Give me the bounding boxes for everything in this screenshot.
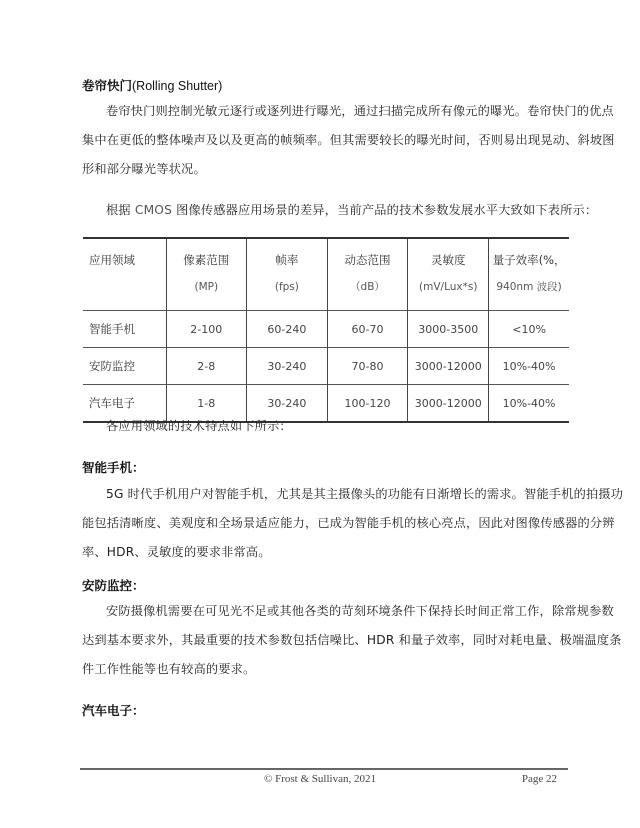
table-header-row: 应用领域 像素范围(MP) 帧率(fps) 动态范围（dB） 灵敏度(mV/Lu… (83, 238, 569, 311)
heading-en: (Rolling Shutter) (132, 79, 222, 93)
paragraph-line: 5G 时代手机用户对智能手机，尤其是其主摄像头的功能有日渐增长的需求。智能手机的… (82, 480, 568, 509)
section-heading-automotive: 汽车电子： (82, 701, 145, 719)
paragraph-line: 形和部分曝光等状况。 (82, 155, 568, 184)
section-heading-rolling-shutter: 卷帘快门(Rolling Shutter) (82, 76, 222, 94)
header-cell: 灵敏度(mV/Lux*s) (408, 238, 489, 311)
table-cell: <10% (489, 311, 569, 348)
paragraph-line: 能包括清晰度、美观度和全场景适应能力，已成为智能手机的核心亮点，因此对图像传感器… (82, 509, 568, 538)
row-label: 安防监控 (83, 348, 166, 385)
table-cell: 30-240 (247, 348, 328, 385)
header-cell: 动态范围（dB） (327, 238, 408, 311)
paragraph-line: 安防摄像机需要在可见光不足或其他各类的苛刻环境条件下保持长时间正常工作，除常规参… (82, 597, 568, 626)
header-cell: 应用领域 (83, 238, 166, 311)
table-row: 安防监控 2-8 30-240 70-80 3000-12000 10%-40% (83, 348, 569, 385)
security-paragraph: 安防摄像机需要在可见光不足或其他各类的苛刻环境条件下保持长时间正常工作，除常规参… (82, 597, 568, 684)
row-label: 智能手机 (83, 311, 166, 348)
after-table-paragraph: 各应用领域的技术特点如下所示： (82, 412, 568, 441)
section-heading-security: 安防监控： (82, 576, 145, 594)
heading-cn: 卷帘快门 (82, 78, 132, 93)
table-cell: 2-8 (166, 348, 247, 385)
table-intro-line: 根据 CMOS 图像传感器应用场景的差异，当前产品的技术参数发展水平大致如下表所… (82, 196, 568, 225)
tech-parameter-table: 应用领域 像素范围(MP) 帧率(fps) 动态范围（dB） 灵敏度(mV/Lu… (83, 237, 569, 423)
section-heading-smartphone: 智能手机： (82, 458, 145, 476)
paragraph-line: 集中在更低的整体噪声及以及更高的帧频率。但其需要较长的曝光时间，否则易出现晃动、… (82, 126, 568, 155)
paragraph-line: 卷帘快门则控制光敏元逐行或逐列进行曝光，通过扫描完成所有像元的曝光。卷帘快门的优… (82, 97, 568, 126)
table-cell: 60-240 (247, 311, 328, 348)
table-row: 智能手机 2-100 60-240 60-70 3000-3500 <10% (83, 311, 569, 348)
table-cell: 70-80 (327, 348, 408, 385)
intro-pre: 根据 (106, 203, 135, 217)
footer-divider (80, 768, 568, 770)
intro-post: 图像传感器应用场景的差异，当前产品的技术参数发展水平大致如下表所示： (172, 203, 597, 217)
table-cell: 60-70 (327, 311, 408, 348)
intro-cmos: CMOS (135, 203, 172, 217)
header-cell: 帧率(fps) (247, 238, 328, 311)
header-cell: 像素范围(MP) (166, 238, 247, 311)
paragraph-line: 件工作性能等也有较高的要求。 (82, 655, 568, 684)
rolling-shutter-paragraph: 卷帘快门则控制光敏元逐行或逐列进行曝光，通过扫描完成所有像元的曝光。卷帘快门的优… (82, 97, 568, 184)
paragraph-line: 率、HDR、灵敏度的要求非常高。 (82, 538, 568, 567)
paragraph-line: 达到基本要求外，其最重要的技术参数包括信噪比、HDR 和量子效率，同时对耗电量、… (82, 626, 568, 655)
document-page: 卷帘快门(Rolling Shutter) 卷帘快门则控制光敏元逐行或逐列进行曝… (0, 0, 640, 828)
table-cell: 2-100 (166, 311, 247, 348)
table-cell: 3000-12000 (408, 348, 489, 385)
table-intro-paragraph: 根据 CMOS 图像传感器应用场景的差异，当前产品的技术参数发展水平大致如下表所… (82, 196, 568, 225)
footer-page-number: Page 22 (522, 773, 557, 785)
table-cell: 3000-3500 (408, 311, 489, 348)
table-cell: 10%-40% (489, 348, 569, 385)
smartphone-paragraph: 5G 时代手机用户对智能手机，尤其是其主摄像头的功能有日渐增长的需求。智能手机的… (82, 480, 568, 567)
paragraph-line: 各应用领域的技术特点如下所示： (82, 412, 568, 441)
header-cell: 量子效率(%，940nm 波段) (489, 238, 569, 311)
